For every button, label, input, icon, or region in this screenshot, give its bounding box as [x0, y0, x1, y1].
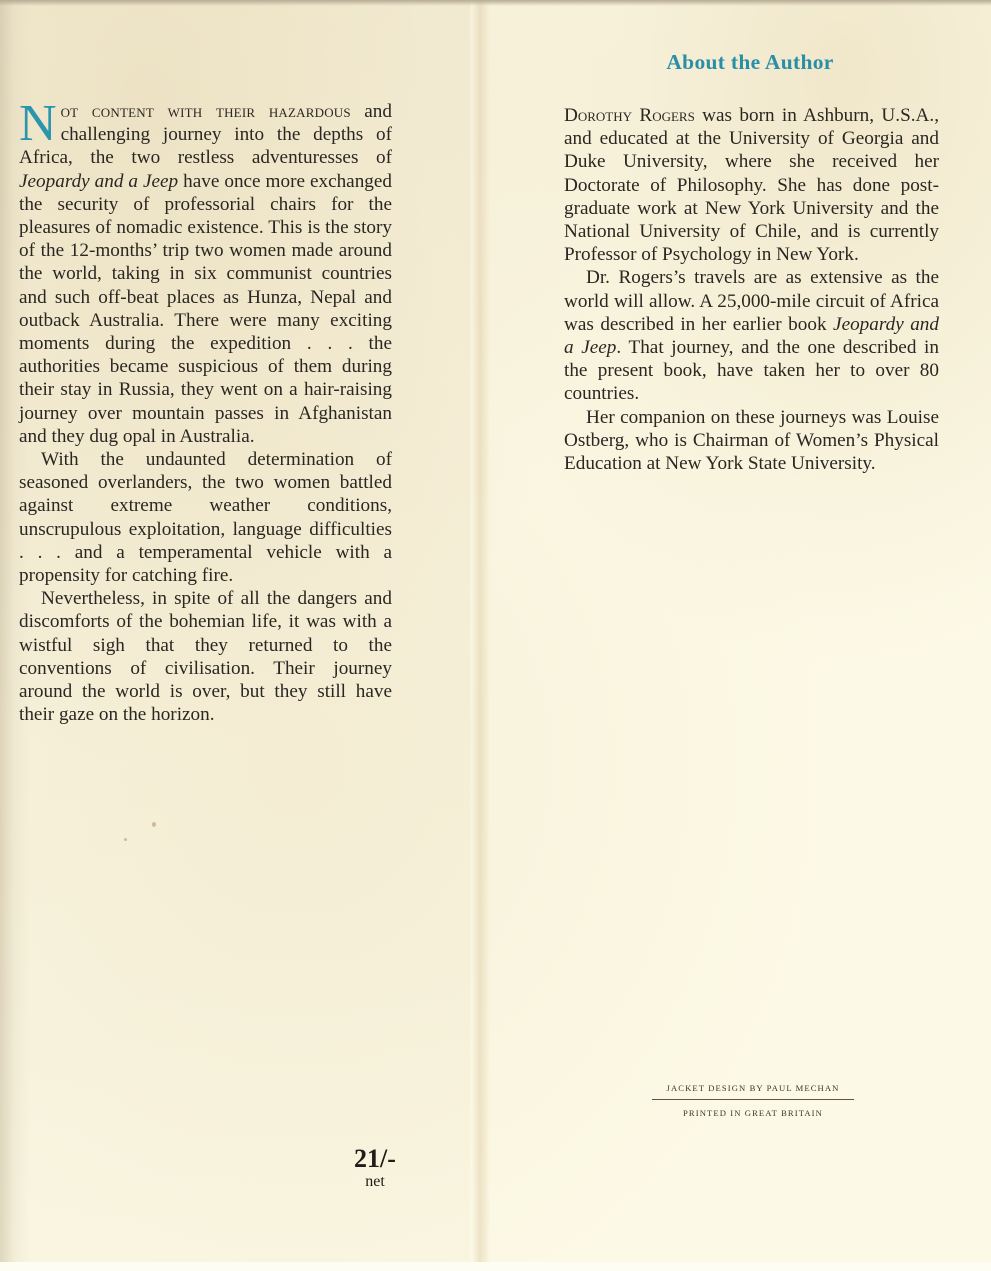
price-label: 21/- net	[340, 1145, 410, 1191]
bottom-margin	[0, 1262, 991, 1271]
price-amount: 21/-	[340, 1145, 410, 1173]
blurb-text-segment: have once more exchanged the security of…	[19, 171, 392, 447]
blurb-text: Not content with their hazardous and cha…	[19, 100, 392, 726]
bio-text-segment: was born in Ashburn, U.S.A., and educate…	[564, 105, 939, 265]
printed-in-credit: PRINTED IN GREAT BRITAIN	[652, 1108, 854, 1118]
blurb-paragraph-2: With the undaunted determination of seas…	[19, 448, 392, 587]
top-shadow	[0, 0, 991, 6]
blurb-paragraph-1: Not content with their hazardous and cha…	[19, 100, 392, 448]
foxing-spot	[152, 822, 156, 827]
drop-cap: N	[19, 104, 57, 144]
blurb-paragraph-3: Nevertheless, in spite of all the danger…	[19, 587, 392, 726]
book-title-reference: Jeopardy and a Jeep	[19, 171, 178, 192]
about-author-heading: About the Author	[640, 50, 860, 75]
credits-divider	[652, 1099, 854, 1100]
jacket-credits: JACKET DESIGN BY PAUL MECHAN PRINTED IN …	[652, 1083, 854, 1118]
jacket-design-credit: JACKET DESIGN BY PAUL MECHAN	[652, 1083, 854, 1099]
fold-crease	[472, 0, 490, 1271]
bio-paragraph-3: Her companion on these journeys was Loui…	[564, 406, 939, 476]
author-bio: Dorothy Rogers was born in Ashburn, U.S.…	[564, 104, 939, 475]
foxing-spot	[124, 838, 127, 841]
author-name: Dorothy Rogers	[564, 105, 695, 126]
bio-paragraph-1: Dorothy Rogers was born in Ashburn, U.S.…	[564, 104, 939, 266]
bio-paragraph-2: Dr. Rogers’s travels are as extensive as…	[564, 266, 939, 405]
bio-text-segment: . That journey, and the one described in…	[564, 337, 939, 404]
lead-in: ot content with their hazardous	[61, 101, 351, 122]
price-unit: net	[340, 1173, 410, 1191]
